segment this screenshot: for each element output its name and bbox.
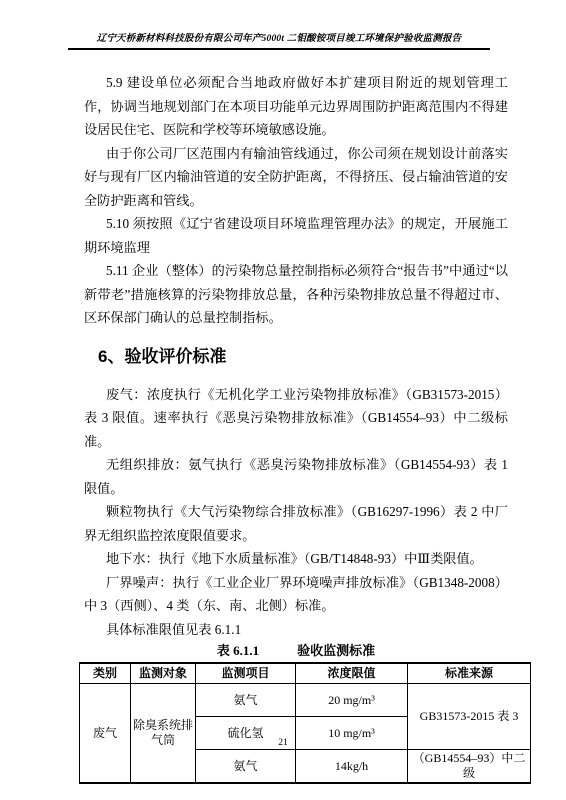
- paragraph-5-11: 5.11 企业（整体）的污染物总量控制指标必须符合“报告书”中通过“以新带老”措…: [84, 259, 508, 330]
- section-heading-6: 6、验收评价标准: [84, 345, 508, 369]
- header-item: 监测项目: [196, 663, 296, 684]
- header-source: 标准来源: [408, 663, 531, 684]
- paragraph-particulate: 颗粒物执行《大气污染物综合排放标准》（GB16297-1996）表 2 中厂界无…: [84, 500, 508, 547]
- paragraph-5-10: 5.10 须按照《辽宁省建设项目环境监理管理办法》的规定，开展施工期环境监理: [84, 212, 508, 259]
- document-body: 5.9 建设单位必须配合当地政府做好本扩建项目附近的规划管理工作，协调当地规划部…: [84, 71, 508, 784]
- table-caption-label: 表 6.1.1: [217, 643, 259, 659]
- header-limit: 浓度限值: [296, 663, 408, 684]
- cell-category: 废气: [80, 684, 131, 784]
- paragraph-pipeline: 由于你公司厂区范围内有输油管线通过，你公司须在规划设计前落实好与现有厂区内输油管…: [84, 142, 508, 213]
- paragraph-table-ref: 具体标准限值见表 6.1.1: [84, 618, 508, 642]
- paragraph-5-9: 5.9 建设单位必须配合当地政府做好本扩建项目附近的规划管理工作，协调当地规划部…: [84, 71, 508, 142]
- report-header-title: 辽宁天桥新材料科技股份有限公司年产5000t 二钼酸铵项目竣工环境保护验收监测报…: [68, 30, 490, 50]
- table-caption-title: 验收监测标准: [297, 643, 375, 659]
- cell-limit: 14kg/h: [296, 750, 408, 784]
- paragraph-noise: 厂界噪声：执行《工业企业厂界环境噪声排放标准》（GB1348-2008）中 3（…: [84, 571, 508, 618]
- table-header-row: 类别 监测对象 监测项目 浓度限值 标准来源: [80, 663, 531, 684]
- acceptance-standards-table: 类别 监测对象 监测项目 浓度限值 标准来源 废气 除臭系统排气筒 氨气 20 …: [79, 662, 531, 784]
- paragraph-groundwater: 地下水：执行《地下水质量标准》（GB/T14848-93）中Ⅲ类限值。: [84, 547, 508, 571]
- cell-object: 除臭系统排气筒: [131, 684, 196, 784]
- table-caption: 表 6.1.1 验收监测标准: [84, 643, 508, 659]
- table-row: 废气 除臭系统排气筒 氨气 20 mg/m³ GB31573-2015 表 3: [80, 684, 531, 717]
- paragraph-fugitive: 无组织排放：氨气执行《恶臭污染物排放标准》（GB14554-93）表 1 限值。: [84, 453, 508, 500]
- header-category: 类别: [80, 663, 131, 684]
- paragraph-waste-gas: 废气：浓度执行《无机化学工业污染物排放标准》（GB31573-2015）表 3 …: [84, 383, 508, 454]
- cell-source: （GB14554–93）中二级: [408, 750, 531, 784]
- cell-item: 氨气: [196, 750, 296, 784]
- page-number: 21: [0, 738, 566, 748]
- cell-limit: 20 mg/m³: [296, 684, 408, 717]
- header-object: 监测对象: [131, 663, 196, 684]
- document-page: 辽宁天桥新材料科技股份有限公司年产5000t 二钼酸铵项目竣工环境保护验收监测报…: [0, 0, 566, 800]
- cell-item: 氨气: [196, 684, 296, 717]
